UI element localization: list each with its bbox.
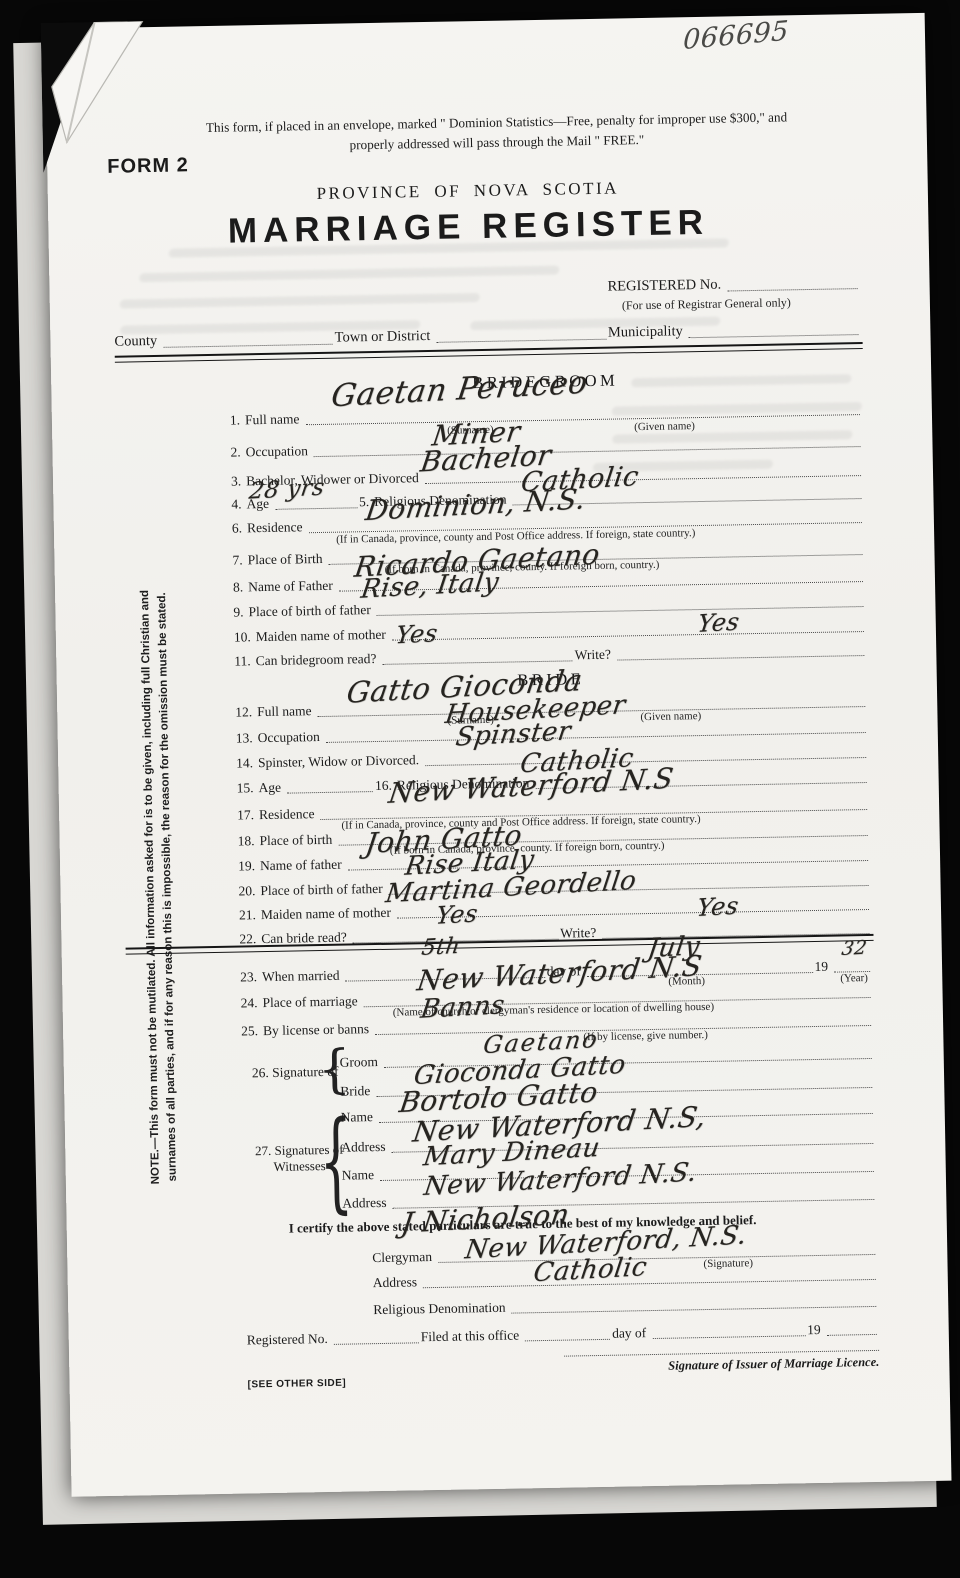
- hw-groom-write: Yes: [696, 607, 742, 637]
- registered-no-line: [727, 286, 857, 291]
- bride-residence-label: Residence: [259, 806, 319, 823]
- mail-notice: This form, if placed in an envelope, mar…: [126, 106, 867, 160]
- bride-mother-label: Maiden name of mother: [261, 905, 395, 923]
- field-number: 23.: [240, 969, 262, 985]
- footer-year-line: [827, 1332, 877, 1336]
- field-number: 13.: [236, 730, 258, 746]
- hw-clergyman-denomination: Catholic: [532, 1252, 650, 1288]
- bride-age-label: Age: [258, 780, 285, 796]
- bride-full-name-label: Full name: [257, 703, 316, 720]
- form-number: FORM 2: [107, 154, 189, 178]
- field-number: 18.: [238, 833, 260, 849]
- bride-father-label: Name of father: [260, 857, 346, 875]
- field-number: 10.: [234, 629, 256, 645]
- handwritten-serial-number: 066695: [682, 15, 789, 56]
- groom-full-name-label: Full name: [245, 411, 304, 428]
- field-number: 15.: [237, 780, 259, 796]
- year-sublabel: (Year): [840, 972, 868, 985]
- county-label: County: [114, 333, 161, 351]
- witness2-address-label: Address: [342, 1195, 391, 1212]
- issuer-signature-label: Signature of Issuer of Marriage Licence.: [564, 1355, 879, 1376]
- clergyman-denomination-label: Religious Denomination: [373, 1300, 510, 1318]
- town-district-line: [436, 337, 606, 343]
- registered-no-note: (For use of Registrar General only): [622, 295, 791, 313]
- field-number: 19.: [238, 858, 260, 874]
- field-number: 24.: [240, 995, 262, 1011]
- field-number: 8.: [233, 579, 248, 595]
- hw-bride-read: Yes: [434, 899, 480, 929]
- municipality-label: Municipality: [608, 323, 687, 341]
- hw-marriage-day: 5th: [420, 934, 462, 961]
- groom-write-label: Write?: [575, 647, 615, 664]
- groom-signature-label: Groom: [340, 1054, 383, 1071]
- license-banns-label: By license or banns: [263, 1021, 373, 1039]
- when-married-label: When married: [262, 968, 344, 985]
- groom-write-line: [617, 653, 864, 661]
- bride-occupation-label: Occupation: [257, 729, 324, 746]
- field-number: 1.: [230, 412, 245, 428]
- given-name-sublabel: (Given name): [640, 710, 701, 723]
- mail-notice-line2: properly addressed will pass through the…: [349, 132, 644, 152]
- bleed-through-artifact: [119, 293, 480, 309]
- groom-read-line: [382, 658, 572, 664]
- county-line: [163, 342, 333, 348]
- footer-day-of-label: day of: [612, 1325, 650, 1342]
- groom-occupation-label: Occupation: [246, 443, 313, 460]
- field-number: 2.: [230, 444, 245, 460]
- witness1-address-label: Address: [341, 1139, 390, 1156]
- bride-age-line: [287, 789, 373, 794]
- field-number: 4.: [231, 496, 246, 512]
- hw-groom-read: Yes: [394, 619, 440, 649]
- footer-filed-label: Filed at this office: [421, 1327, 524, 1345]
- field-number: 11.: [234, 653, 256, 669]
- bride-signature-label: Bride: [340, 1083, 374, 1100]
- scanned-marriage-register: { "scan": { "handwritten_serial": "06669…: [0, 0, 960, 1578]
- footer-filed-line: [525, 1337, 610, 1342]
- witness1-name-label: Name: [341, 1109, 378, 1126]
- witness2-name-label: Name: [342, 1167, 379, 1184]
- hw-groom-age: 28 yrs: [247, 474, 326, 504]
- groom-residence-label: Residence: [247, 519, 307, 536]
- field-number: 12.: [235, 704, 257, 720]
- license-number-sublabel: (If by license, give number.): [583, 1029, 708, 1043]
- bride-birthplace-label: Place of birth: [259, 832, 336, 849]
- bride-status-label: Spinster, Widow or Divorced.: [258, 752, 423, 771]
- field-number: 14.: [236, 755, 258, 771]
- groom-read-label: Can bridegroom read?: [256, 651, 381, 669]
- field-number: 3.: [231, 473, 246, 489]
- page-title: MARRIAGE REGISTER: [48, 200, 889, 255]
- see-other-side: [SEE OTHER SIDE]: [248, 1378, 347, 1391]
- groom-father-label: Name of Father: [248, 578, 337, 596]
- municipality-line: [689, 332, 859, 338]
- town-district-label: Town or District: [335, 328, 435, 347]
- groom-birthplace-label: Place of Birth: [247, 551, 326, 568]
- marriage-register-form-page: 066695 This form, if placed in an envelo…: [45, 13, 952, 1497]
- field-number: 7.: [232, 552, 247, 568]
- groom-occupation-line: [314, 444, 861, 457]
- groom-age-line: [275, 505, 357, 510]
- clergyman-address-line: [423, 1277, 876, 1288]
- groom-full-name-line: [305, 412, 859, 425]
- clergyman-label: Clergyman: [372, 1249, 436, 1266]
- bride-occupation-line: [326, 730, 866, 743]
- side-note: NOTE.—This form must not be mutilated. A…: [136, 549, 184, 1226]
- groom-mother-label: Maiden name of mother: [256, 627, 390, 645]
- footer-registered-no-label: Registered No.: [247, 1331, 332, 1349]
- hw-bride-write: Yes: [695, 892, 741, 922]
- bleed-through-artifact: [139, 266, 560, 283]
- year-prefix: 19: [814, 959, 832, 975]
- field-number: 21.: [239, 907, 261, 923]
- bride-father-birth-label: Place of birth of father: [260, 881, 386, 899]
- clergyman-address-label: Address: [373, 1274, 422, 1291]
- groom-father-birth-label: Place of birth of father: [248, 602, 374, 620]
- groom-mother-line: [392, 629, 864, 641]
- place-of-marriage-label: Place of marriage: [262, 993, 361, 1011]
- field-number: 9.: [233, 604, 248, 620]
- field-number: 17.: [237, 807, 259, 823]
- given-name-sublabel: (Given name): [634, 420, 695, 433]
- hw-banns: Banns: [419, 990, 507, 1025]
- footer-day-line: [652, 1333, 805, 1339]
- field-number: 25.: [241, 1023, 263, 1039]
- field-number: 20.: [238, 883, 260, 899]
- mail-notice-line1: This form, if placed in an envelope, mar…: [206, 109, 788, 135]
- hw-marriage-year: 32: [840, 937, 868, 961]
- footer-registered-no-line: [334, 1340, 419, 1345]
- field-number: 6.: [232, 520, 247, 536]
- registered-no-label: REGISTERED No.: [607, 277, 725, 296]
- clergyman-denomination-line: [512, 1304, 877, 1314]
- groom-father-birth-line: [377, 604, 864, 616]
- footer-year-prefix: 19: [807, 1322, 825, 1338]
